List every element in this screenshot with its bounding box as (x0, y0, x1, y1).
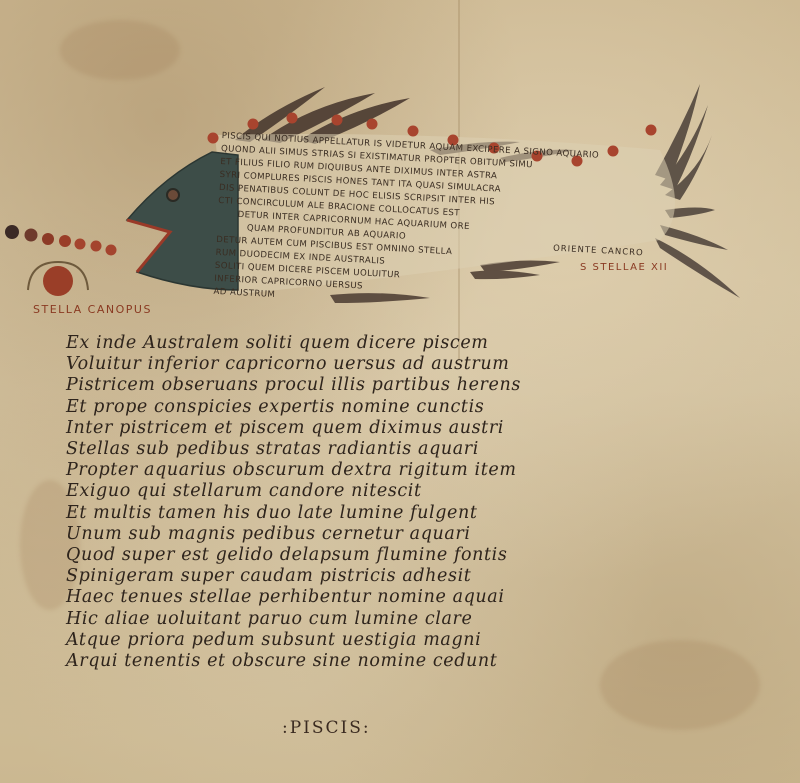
fish-eye (167, 189, 179, 201)
verse-line: Propter aquarius obscurum dextra rigitum… (66, 460, 686, 481)
stellae-count: S STELLAE XII (580, 262, 668, 273)
verse-line: Spinigeram super caudam pistricis adhesi… (66, 566, 686, 587)
verse-line: Voluitur inferior capricorno uersus ad a… (66, 354, 686, 375)
canopus-star (43, 266, 73, 296)
verse-line: Haec tenues stellae perhibentur nomine a… (66, 587, 686, 608)
star-caption-canopus: STELLA CANOPUS (33, 303, 152, 316)
parchment-stain (60, 20, 180, 80)
verse-line: Inter pistricem et piscem quem diximus a… (66, 418, 686, 439)
verse-line: Hic aliae uoluitant paruo cum lumine cla… (66, 609, 686, 630)
verse-line: Exiguo qui stellarum candore nitescit (66, 481, 686, 502)
verse-line: Quod super est gelido delapsum flumine f… (66, 545, 686, 566)
section-title-piscis: :PISCIS: (282, 718, 371, 738)
verse-line: Atque priora pedum subsunt uestigia magn… (66, 630, 686, 651)
verse-line: Et multis tamen his duo late lumine fulg… (66, 503, 686, 524)
verse-line: Ex inde Australem soliti quem dicere pis… (66, 333, 686, 354)
water-stream-stars (5, 225, 117, 256)
verse-line: Arqui tenentis et obscure sine nomine ce… (66, 651, 686, 672)
fish-body-text: PISCIS QUI NOTIUS APPELLATUR IS VIDETUR … (213, 130, 661, 322)
verse-line: Et prope conspicies expertis nomine cunc… (66, 397, 686, 418)
verse-line: Pistricem obseruans procul illis partibu… (66, 375, 686, 396)
verse-line: Unum sub magnis pedibus cernetur aquari (66, 524, 686, 545)
verse-text: Ex inde Australem soliti quem dicere pis… (66, 333, 686, 672)
verse-line: Stellas sub pedibus stratas radiantis aq… (66, 439, 686, 460)
